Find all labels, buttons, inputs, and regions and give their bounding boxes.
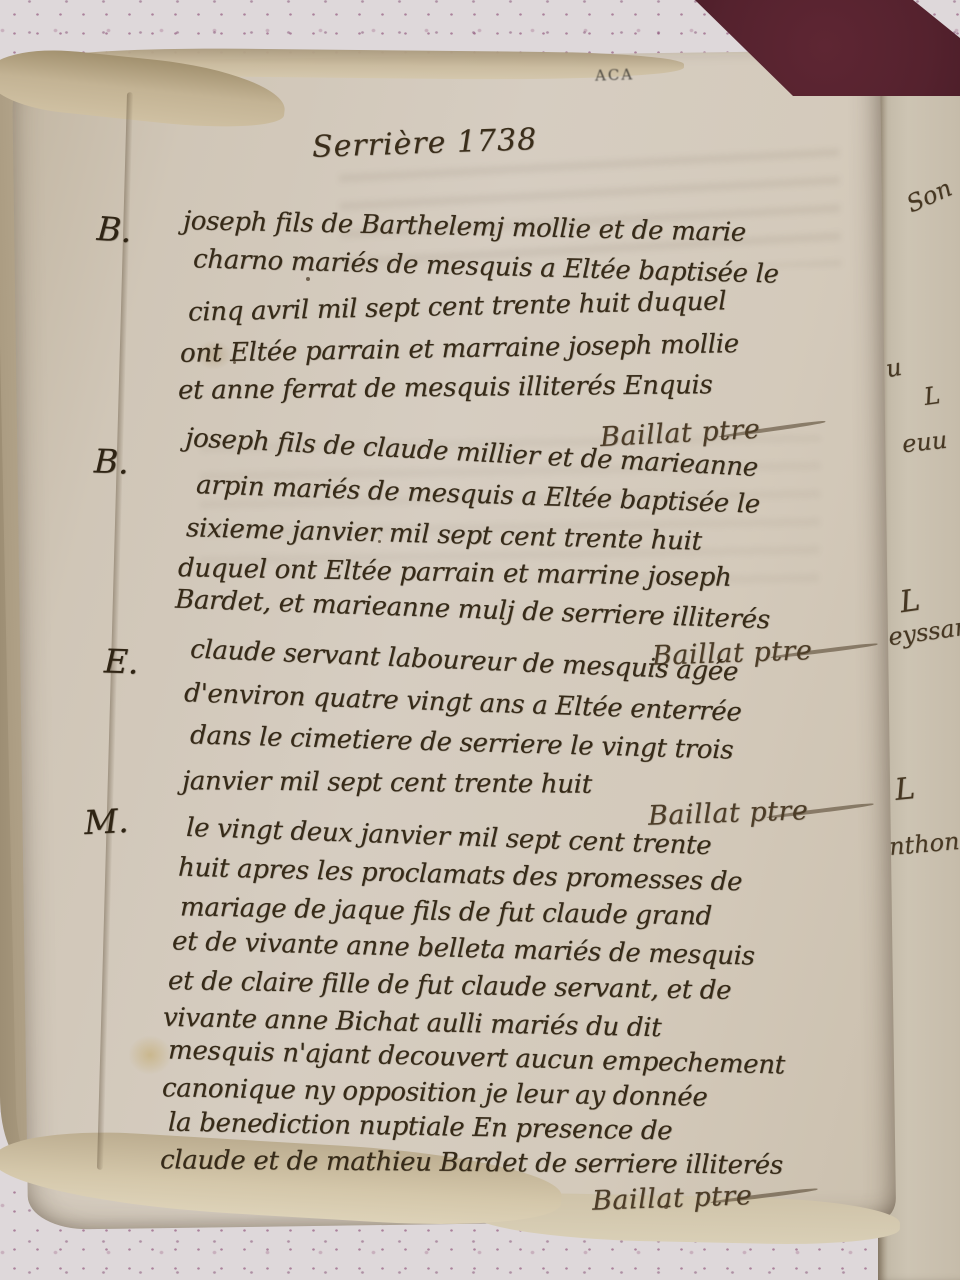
- manuscript-photo: ACA Serrière 1738 B. joseph fils de Bart…: [0, 0, 960, 1280]
- entry-line: et anne ferrat de mesquis illiterés Enqu…: [178, 370, 713, 406]
- entry-margin-letter: B.: [93, 441, 129, 481]
- facing-page-fragment: euu: [901, 426, 949, 459]
- entry-margin-letter: B.: [96, 209, 133, 250]
- entry-line: janvier mil sept cent trente huit: [182, 766, 592, 800]
- archive-stamp: ACA: [595, 65, 635, 84]
- facing-page-fragment: L: [893, 771, 916, 808]
- entry-margin-letter: M.: [83, 801, 129, 842]
- stain: [128, 1035, 172, 1075]
- priest-signature: Baillat ptre: [592, 1180, 753, 1217]
- ink-speck: [306, 277, 310, 281]
- entry-line: claude et de mathieu Bardet de serriere …: [160, 1145, 783, 1180]
- entry-margin-letter: E.: [103, 641, 139, 681]
- priest-signature: Baillat ptre: [648, 795, 809, 832]
